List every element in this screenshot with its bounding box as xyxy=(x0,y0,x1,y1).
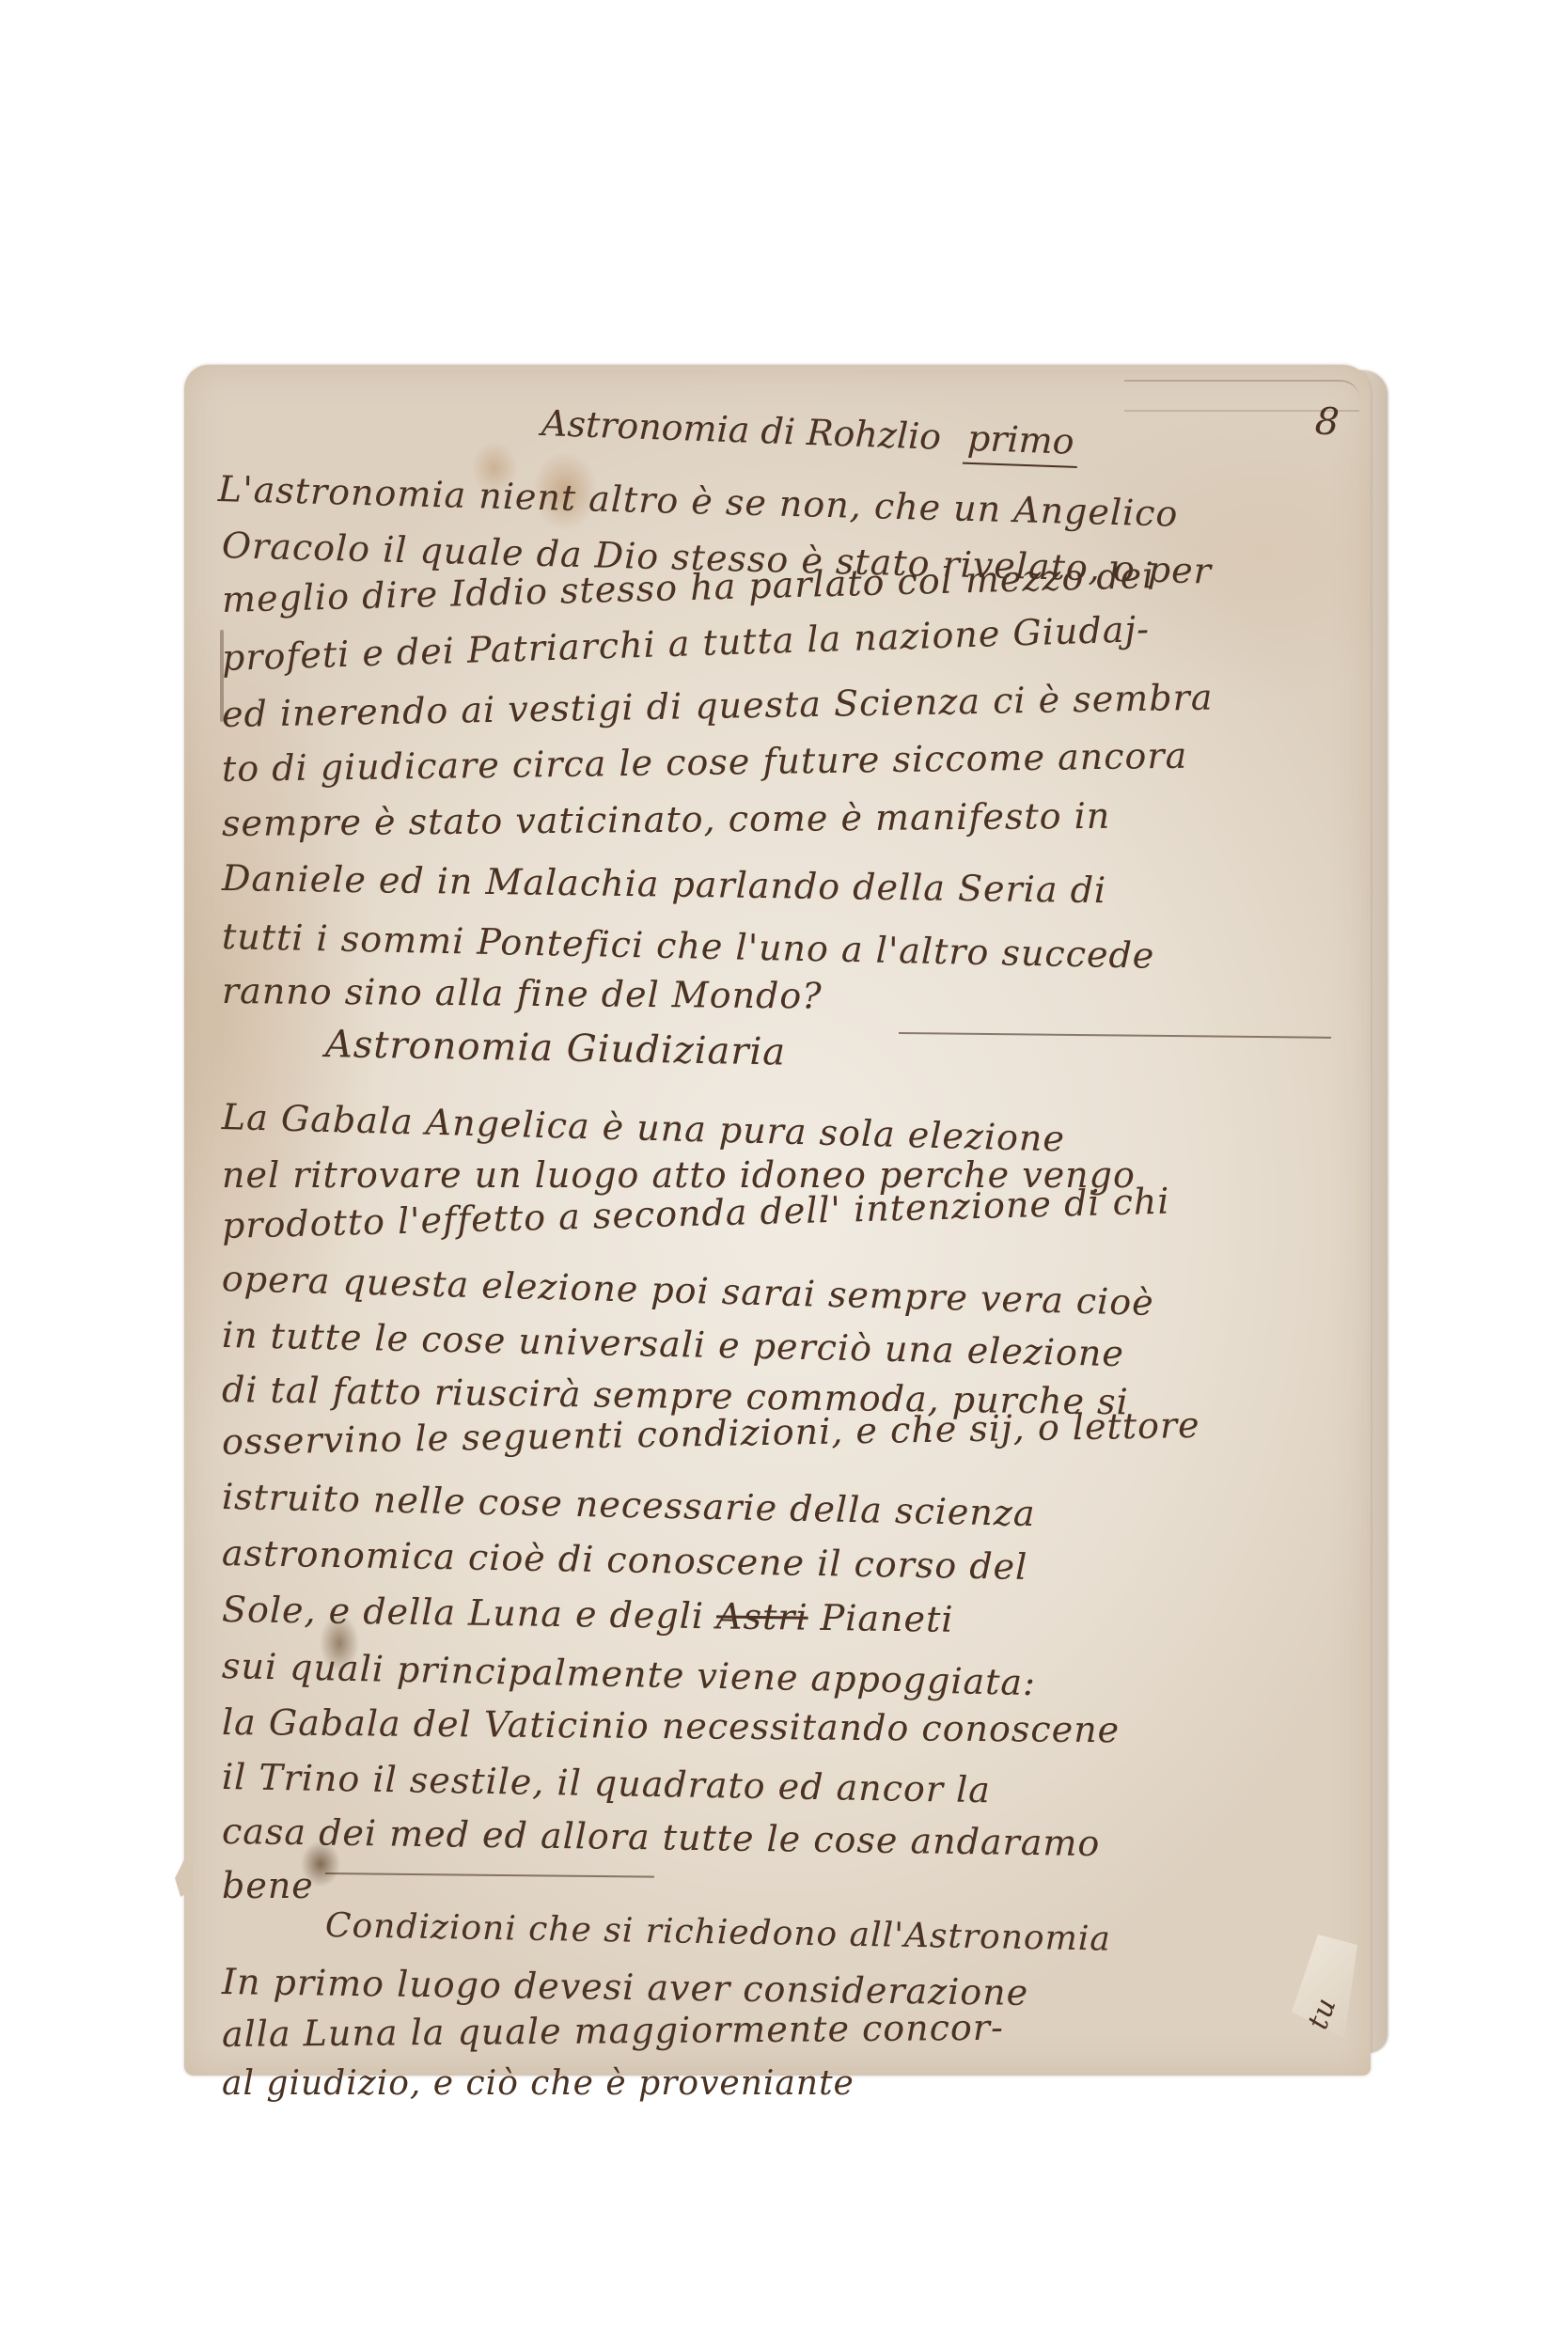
section-heading: Condizioni che si richiedono all'Astrono… xyxy=(325,1906,1111,1959)
text-line: astronomica cioè di conoscene il corso d… xyxy=(222,1532,1028,1588)
text-line: La Gabala Angelica è una pura sola elezi… xyxy=(221,1096,1065,1159)
text-line: tutti i sommi Pontefici che l'uno a l'al… xyxy=(222,916,1155,977)
struck-word: Astri xyxy=(716,1595,808,1637)
text-line: opera questa elezione poi sarai sempre v… xyxy=(221,1258,1154,1324)
manuscript-page: Astronomia di Rohzlioprimo 8 L'astronomi… xyxy=(184,365,1371,2076)
page-number: 8 xyxy=(1313,399,1341,445)
text-line: L'astronomia nient altro è se non, che u… xyxy=(217,468,1179,535)
text-line: osservino le seguenti condizioni, e che … xyxy=(222,1404,1200,1463)
manuscript-title: Astronomia di Rohzlio xyxy=(541,402,942,458)
text-segment: Pianeti xyxy=(820,1597,953,1640)
text-line: istruito nelle cose necessarie della sci… xyxy=(222,1476,1036,1534)
text-segment: Sole, e della Luna e degli xyxy=(222,1589,705,1637)
text-line: casa dei med ed allora tutte le cose and… xyxy=(222,1810,1101,1864)
torn-edge xyxy=(175,1859,194,1897)
section-heading: Astronomia Giudiziaria xyxy=(325,1023,787,1074)
text-line: In primo luogo devesi aver considerazion… xyxy=(222,1961,1029,2013)
text-line: ed inerendo ai vestigi di questa Scienza… xyxy=(222,677,1214,735)
manuscript-page-stack: Astronomia di Rohzlioprimo 8 L'astronomi… xyxy=(184,365,1378,2080)
text-line: profeti e dei Patriarchi a tutta la nazi… xyxy=(221,608,1150,679)
section-rule xyxy=(899,1032,1331,1039)
text-line: to di giudicare circa le cose future sic… xyxy=(222,735,1188,790)
text-line: sui quali principalmente viene appoggiat… xyxy=(222,1645,1037,1703)
text-line: Sole, e della Luna e degli Astri Pianeti xyxy=(222,1589,954,1640)
text-line: sempre è stato vaticinato, come è manife… xyxy=(222,795,1111,844)
header-tag: primo xyxy=(963,417,1078,468)
text-line: al giudizio, e ciò che è proveniante xyxy=(222,2064,855,2103)
text-line: Daniele ed in Malachia parlando della Se… xyxy=(222,857,1107,911)
text-line: alla Luna la quale maggiormente concor- xyxy=(222,2007,1004,2055)
page-header: Astronomia di Rohzlioprimo xyxy=(541,402,1078,468)
text-line: la Gabala del Vaticinio necessitando con… xyxy=(222,1701,1121,1750)
text-line: bene xyxy=(222,1865,314,1906)
text-line: ranno sino alla fine del Mondo? xyxy=(222,970,823,1017)
section-rule xyxy=(325,1872,654,1878)
text-line: il Trino il sestile, il quadrato ed anco… xyxy=(222,1756,992,1810)
text-line: in tutte le cose universali e perciò una… xyxy=(222,1314,1125,1374)
